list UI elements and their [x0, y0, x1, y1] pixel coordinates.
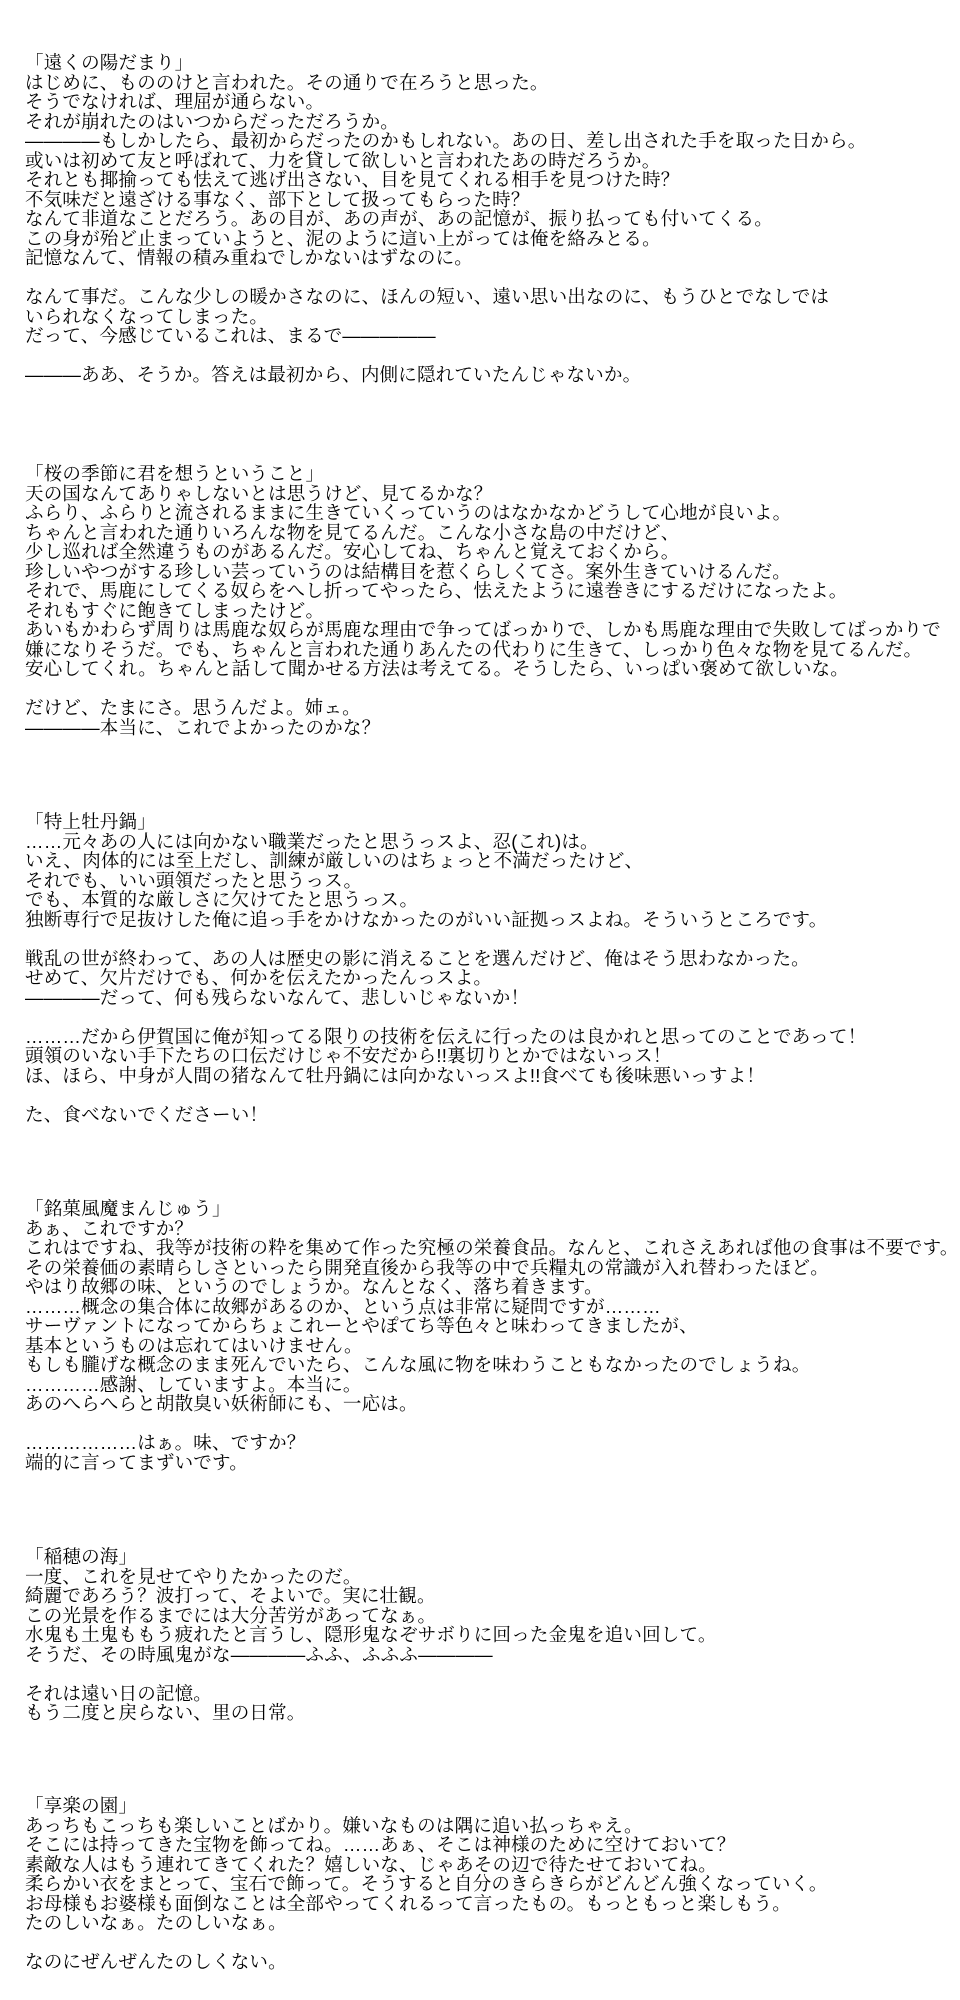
text-line: お母様もお婆様も面倒なことは全部やってくれるって言ったもの。もっともっと楽しもう… [25, 1894, 960, 1914]
text-line: 珍しいやつがする珍しい芸っていうのは結構目を惹くらしくてさ。案外生きていけるんだ… [25, 562, 960, 582]
text-line: 独断専行で足抜けした俺に追っ手をかけなかったのがいい証拠っスよね。そういうところ… [25, 910, 960, 930]
text-line: ………………はぁ。味、ですか？ [25, 1433, 960, 1453]
text-line: ほ、ほら、中身が人間の猪なんて牡丹鍋には向かないっスよ!!食べても後味悪いっすよ… [25, 1066, 960, 1086]
text-line: それもすぐに飽きてしまったけど。 [25, 601, 960, 621]
text-section: 「享楽の園」あっちもこっちも楽しいことばかり。嫌いなものは隅に追い払っちゃえ。そ… [25, 1796, 960, 1972]
blank-line [25, 929, 960, 949]
blank-line [25, 1664, 960, 1684]
text-line: これはですね、我等が技術の粋を集めて作った究極の栄養食品。なんと、これさえあれば… [25, 1238, 960, 1258]
text-line: だけど、たまにさ。思うんだよ。姉ェ。 [25, 698, 960, 718]
text-line: やはり故郷の味、というのでしょうか。なんとなく、落ち着きます。 [25, 1277, 960, 1297]
text-line: たのしいなぁ。たのしいなぁ。 [25, 1913, 960, 1933]
text-section: 「稲穂の海」一度、これを見せてやりたかったのだ。綺麗であろう？波打って、そよいで… [25, 1547, 960, 1723]
text-line: はじめに、もののけと言われた。その通りで在ろうと思った。 [25, 73, 960, 93]
text-line: それが崩れたのはいつからだっただろうか。 [25, 112, 960, 132]
text-line: ふらり、ふらりと流されるままに生きていくっていうのはなかなかどうして心地が良いよ… [25, 503, 960, 523]
text-line: 一度、これを見せてやりたかったのだ。 [25, 1567, 960, 1587]
text-line: 天の国なんてありゃしないとは思うけど、見てるかな？ [25, 484, 960, 504]
text-line: あっちもこっちも楽しいことばかり。嫌いなものは隅に追い払っちゃえ。 [25, 1816, 960, 1836]
text-line: この光景を作るまでには大分苦労があってなぁ。 [25, 1606, 960, 1626]
section-title: 「桜の季節に君を想うということ」 [25, 464, 960, 484]
text-line: なんて事だ。こんな少しの暖かさなのに、ほんの短い、遠い思い出なのに、もうひとでな… [25, 287, 960, 307]
text-line: ちゃんと言われた通りいろんな物を見てるんだ。こんな小さな島の中だけど、 [25, 523, 960, 543]
text-line: 綺麗であろう？波打って、そよいで。実に壮観。 [25, 1586, 960, 1606]
text-line: そうだ、その時風鬼がな――――ふふ、ふふふ―――― [25, 1645, 960, 1665]
section-title: 「遠くの陽だまり」 [25, 53, 960, 73]
text-line: それでも、いい頭領だったと思うっス。 [25, 871, 960, 891]
text-line: …………感謝、していますよ。本当に。 [25, 1375, 960, 1395]
text-line: 頭領のいない手下たちの口伝だけじゃ不安だから!!裏切りとかではないっス！ [25, 1046, 960, 1066]
text-line: もう二度と戻らない、里の日常。 [25, 1703, 960, 1723]
text-line: いえ、肉体的には至上だし、訓練が厳しいのはちょっと不満だったけど、 [25, 851, 960, 871]
text-line: そこには持ってきた宝物を飾ってね。……あぁ、そこは神様のために空けておいて？ [25, 1835, 960, 1855]
text-line: ……元々あの人には向かない職業だったと思うっスよ、忍(これ)は。 [25, 832, 960, 852]
text-line: その栄養価の素晴らしさといったら開発直後から我等の中で兵糧丸の常識が入れ替わった… [25, 1258, 960, 1278]
text-line: もしも朧げな概念のまま死んでいたら、こんな風に物を味わうこともなかったのでしょう… [25, 1355, 960, 1375]
text-line: 嫌になりそうだ。でも、ちゃんと言われた通りあんたの代わりに生きて、しっかり色々な… [25, 640, 960, 660]
text-section: 「桜の季節に君を想うということ」天の国なんてありゃしないとは思うけど、見てるかな… [25, 464, 960, 737]
text-line: ――――だって、何も残らないなんて、悲しいじゃないか！ [25, 988, 960, 1008]
blank-line [25, 1933, 960, 1953]
text-line: 端的に言ってまずいです。 [25, 1453, 960, 1473]
text-line: 基本というものは忘れてはいけません。 [25, 1336, 960, 1356]
text-line: なんて非道なことだろう。あの目が、あの声が、あの記憶が、振り払っても付いてくる。 [25, 209, 960, 229]
text-line: 素敵な人はもう連れてきてくれた？嬉しいな、じゃあその辺で待たせておいてね。 [25, 1855, 960, 1875]
text-line: この身が殆ど止まっていようと、泥のように這い上がっては俺を絡みとる。 [25, 229, 960, 249]
text-line: そうでなければ、理屈が通らない。 [25, 92, 960, 112]
text-section: 「特上牡丹鍋」……元々あの人には向かない職業だったと思うっスよ、忍(これ)は。い… [25, 812, 960, 1124]
text-line: 柔らかい衣をまとって、宝石で飾って。そうすると自分のきらきらがどんどん強くなって… [25, 1874, 960, 1894]
text-line: 少し巡れば全然違うものがあるんだ。安心してね、ちゃんと覚えておくから。 [25, 542, 960, 562]
text-line: 記憶なんて、情報の積み重ねでしかないはずなのに。 [25, 248, 960, 268]
section-title: 「享楽の園」 [25, 1796, 960, 1816]
text-line: だって、今感じているこれは、まるで――――― [25, 326, 960, 346]
text-line: でも、本質的な厳しさに欠けてたと思うっス。 [25, 890, 960, 910]
text-line: あのへらへらと胡散臭い妖術師にも、一応は。 [25, 1394, 960, 1414]
blank-line [25, 679, 960, 699]
text-line: ――――もしかしたら、最初からだったのかもしれない。あの日、差し出された手を取っ… [25, 131, 960, 151]
text-line: サーヴァントになってからちょこれーとやぽてち等色々と味わってきましたが、 [25, 1316, 960, 1336]
text-line: それで、馬鹿にしてくる奴らをへし折ってやったら、怯えたように遠巻きにするだけにな… [25, 581, 960, 601]
section-title: 「銘菓風魔まんじゅう」 [25, 1199, 960, 1219]
text-line: いられなくなってしまった。 [25, 307, 960, 327]
text-line: 戦乱の世が終わって、あの人は歴史の影に消えることを選んだけど、俺はそう思わなかっ… [25, 949, 960, 969]
text-line: あいもかわらず周りは馬鹿な奴らが馬鹿な理由で争ってばっかりで、しかも馬鹿な理由で… [25, 620, 960, 640]
text-line: それは遠い日の記憶。 [25, 1684, 960, 1704]
text-line: せめて、欠片だけでも、何かを伝えたかったんっスよ。 [25, 968, 960, 988]
text-line: 安心してくれ。ちゃんと話して聞かせる方法は考えてる。そうしたら、いっぱい褒めて欲… [25, 659, 960, 679]
blank-line [25, 1414, 960, 1434]
text-section: 「遠くの陽だまり」はじめに、もののけと言われた。その通りで在ろうと思った。そうで… [25, 53, 960, 385]
text-line: あぁ、これですか？ [25, 1219, 960, 1239]
text-line: なのにぜんぜんたのしくない。 [25, 1952, 960, 1972]
text-line: 水鬼も土鬼ももう疲れたと言うし、隠形鬼なぞサボりに回った金鬼を追い回して。 [25, 1625, 960, 1645]
blank-line [25, 268, 960, 288]
text-line: ………だから伊賀国に俺が知ってる限りの技術を伝えに行ったのは良かれと思ってのこと… [25, 1027, 960, 1047]
section-title: 「特上牡丹鍋」 [25, 812, 960, 832]
blank-line [25, 1085, 960, 1105]
text-line: 不気味だと遠ざける事なく、部下として扱ってもらった時？ [25, 190, 960, 210]
blank-line [25, 346, 960, 366]
text-line: ――――本当に、これでよかったのかな？ [25, 718, 960, 738]
section-title: 「稲穂の海」 [25, 1547, 960, 1567]
text-line: ―――ああ、そうか。答えは最初から、内側に隠れていたんじゃないか。 [25, 365, 960, 385]
text-line: ………概念の集合体に故郷があるのか、という点は非常に疑問ですが……… [25, 1297, 960, 1317]
text-line: 或いは初めて友と呼ばれて、力を貸して欲しいと言われたあの時だろうか。 [25, 151, 960, 171]
text-line: た、食べないでくださーい！ [25, 1105, 960, 1125]
text-line: それとも揶揄っても怯えて逃げ出さない、目を見てくれる相手を見つけた時？ [25, 170, 960, 190]
blank-line [25, 1007, 960, 1027]
text-section: 「銘菓風魔まんじゅう」あぁ、これですか？これはですね、我等が技術の粋を集めて作っ… [25, 1199, 960, 1472]
